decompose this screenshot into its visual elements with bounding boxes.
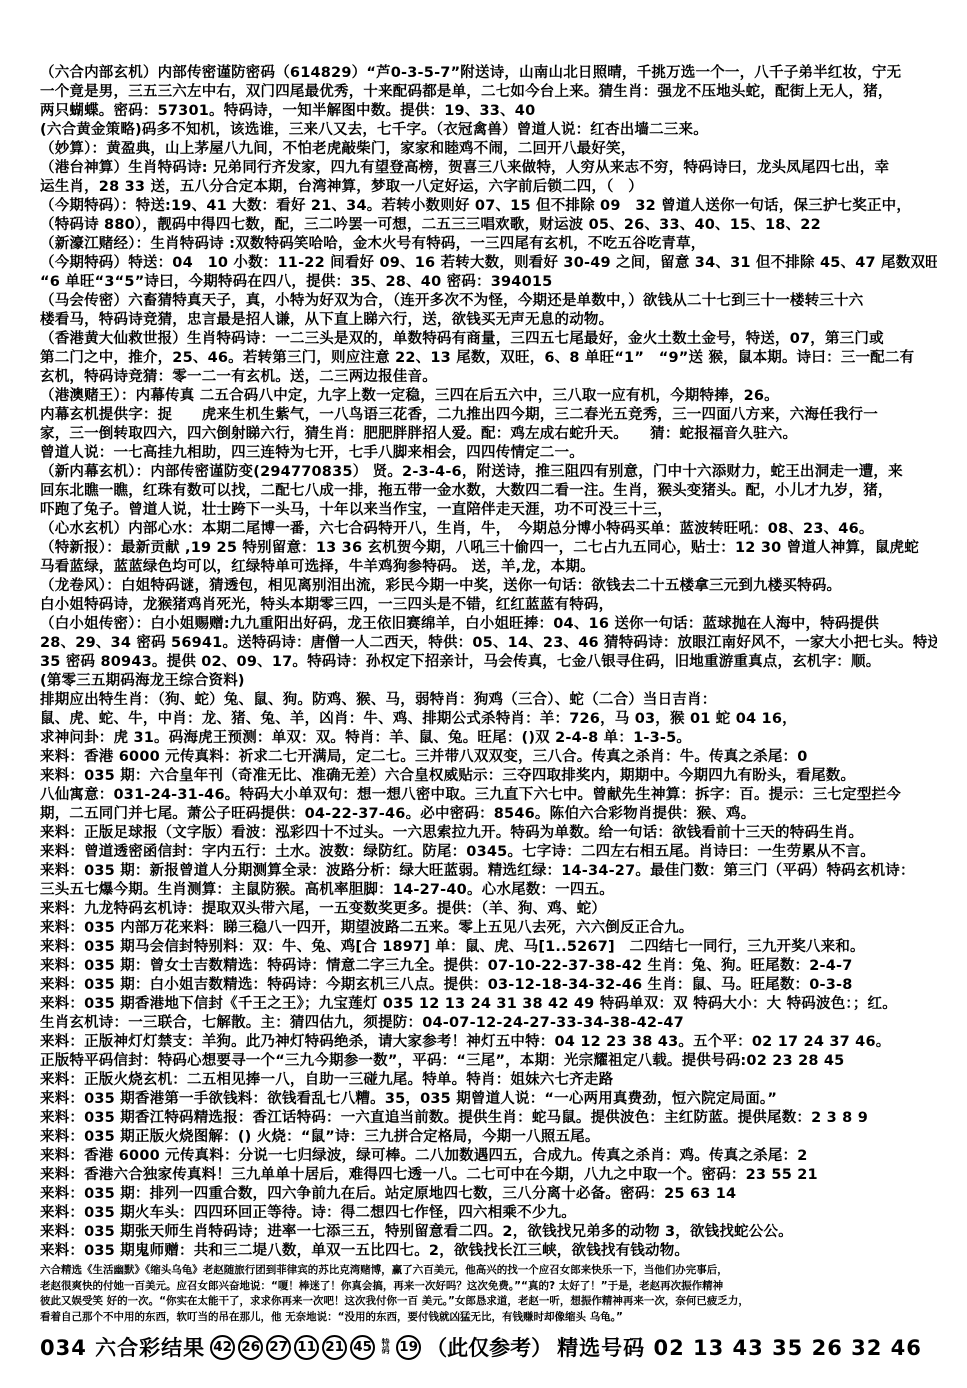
text-line: 来料：035 内部万花来料：睇三稳八一四开，期望波路二五来。零上五见八去死，六六… (40, 919, 937, 938)
text-line: 来料：035 期张天师生肖特码诗；进率一七添三五，特别留意看二四。2，欲钱找兄弟… (40, 1223, 937, 1242)
text-line: 第二门之中，推介，25、46。若转第三门，则应注意 22、13 尾数，双旺，6、… (40, 349, 937, 368)
text-line: 楼看马，特码诗竞猜，忠言最是招人谦，从下直上睇六行，送，欲钱买无声无息的动物。 (40, 311, 937, 330)
humor-section: 六合精选《生活幽默》《缩头乌龟》老赵随旅行团到菲律宾的苏比克湾赌博，赢了六百美元… (40, 1263, 937, 1325)
text-line: 来料：正版足球报（文字版）看波：泓彩四十不过头。一六思索拉九开。特码为单数。给一… (40, 824, 937, 843)
text-line: (第零三五期码海龙王综合资料) (40, 672, 937, 691)
text-line: 来料：035 期火车头：四四环回正等待。诗：得二想四七作怪，四六相乘不少九。 (40, 1204, 937, 1223)
result-balls: 422627112145 (210, 1335, 375, 1360)
text-line: 来料：香港 6000 元传真料：祈求二七开满局，定二七。三并带八双双变，三八合。… (40, 748, 937, 767)
text-line: （白小姐传密）：白小姐赐赠:九九重阳出好码，龙王依旧赛绵羊，白小姐旺捧：04、1… (40, 615, 937, 634)
result-ball: 42 (210, 1335, 235, 1360)
text-line: 八仙寓意：031-24-31-46。特码大小单双句：想一想八密中取。三九直下六七… (40, 786, 937, 805)
text-line: （今期特码）特送：04 10 小数：11-22 间看好 09、16 若转大数，则… (40, 254, 937, 273)
text-line: 内幕玄机提供字：捉 虎来生机生紫气，一八鸟语三花香，二九推出四今期，三二春光五竞… (40, 406, 937, 425)
text-line: 来料：035 期：曾女士吉数精选：特码诗：情意二字三九全。提供：07-10-22… (40, 957, 937, 976)
text-line: （新濠江赌经）：生肖特码诗 :双数特码笑哈哈，金木火号有特码，一三四尾有玄机，不… (40, 235, 937, 254)
text-line: 家，三一倒转取四六，四六倒射睇六行，猜生肖：肥肥胖胖招人爱。配：鸡左成右蛇升天。… (40, 425, 937, 444)
text-line: 运生肖，28 33 送，五八分合定本期，台湾神算，梦取一八定好运，六字前后锁二四… (40, 178, 937, 197)
humor-text-line: 彼此又娱受笑 好的一次。“你实在太能干了，求求你再来一次吧！这次我付你一百 美元… (40, 1294, 937, 1310)
text-line: 一个竟是男，三五三六左中右，双门四尾最优秀，十来配码都是单，二七如今台上来。猜生… (40, 83, 937, 102)
document-body: （六合内部玄机）内部传密谨防密码（614829）“芦0-3-5-7”附送诗，山南… (40, 64, 937, 1261)
text-line: 白小姐特码诗，龙猴猪鸡肖死光，特头本期零三四，一三四头是不错，红红蓝蓝有特码， (40, 596, 937, 615)
text-line: 排期应出特生肖：（狗、蛇）兔、鼠、狗。防鸡、猴、马，弱特肖：狗鸡（三合）、蛇（二… (40, 691, 937, 710)
text-line: 来料：曾道透密函信封：字内五行：土水。波数：绿防红。防尾：0345。七字诗：二四… (40, 843, 937, 862)
text-line: （龙卷风）：白姐特码谜，猜透包，相见离别泪出流，彩民今期一中奖，送你一句话：欲钱… (40, 577, 937, 596)
text-line: 来料：035 期：新报曾道人分期测算全录：波路分析：绿大旺蓝弱。精选红绿：14-… (40, 862, 937, 881)
humor-text-line: 看着自己那个不中用的东西，软叮当的吊在那儿，他 无奈地说：“没用的东西，要付钱就… (40, 1310, 937, 1326)
result-ball: 26 (238, 1335, 263, 1360)
text-line: 求神问卦：虎 31。码海虎王预测：单双：双。特肖：羊、鼠、兔。旺尾：()双 2-… (40, 729, 937, 748)
text-line: 吓跑了兔子。曾道人说，壮士跨下一头马，十年以来当作宝，一直陪伴走天涯，功不可没三… (40, 501, 937, 520)
text-line: 马看蓝绿，蓝蓝绿色均可以，红绿特单可选择，牛羊鸡狗参特码。 送，羊,龙，本期。 (40, 558, 937, 577)
text-line: 来料：香港六合独家传真料！三九单单十居后，难得四七透一八。二七可中在今期，八九之… (40, 1166, 937, 1185)
text-line: 来料：035 期正版火烧图解：() 火烧：“鼠”诗：三九拼合定格局，今期一八照五… (40, 1128, 937, 1147)
result-ball: 21 (322, 1335, 347, 1360)
result-ball: 11 (294, 1335, 319, 1360)
text-line: 来料：035 期马会信封特别料：双：牛、兔、鸡[合 1897] 单：鼠、虎、马[… (40, 938, 937, 957)
text-line: 两只蝴蝶。密码：57301。特码诗，一知半解图中数。提供：19、33、40 (40, 102, 937, 121)
reference-note: （此仅参考） (426, 1332, 552, 1362)
text-line: 来料：香港 6000 元传真料：分说一七归绿波，绿可棒。二八加数遇四五，合成九。… (40, 1147, 937, 1166)
text-line: （妙算）：黄盈典，山上茅屋八九间，不怕老虎敲柴门，家家和睦鸡不闹，二回开八最好笑… (40, 140, 937, 159)
text-line: （港澳赌王）：内幕传真 二五合码八中定，九字上数一定稳，三四在后五六中，三八取一… (40, 387, 937, 406)
text-line: （特新报）：最新贡献 ,19 25 特别留意：13 36 玄机贺今期，八吼三十偷… (40, 539, 937, 558)
text-line: 回东北瞧一瞧，红珠有数可以找，二配七八成一排，拖五带一金水数，大数四二看一注。生… (40, 482, 937, 501)
text-line: 来料：正版火烧玄机：二五相见捧一八，自助一三碰九尾。特单。特肖：姐妹六七齐走路 (40, 1071, 937, 1090)
text-line: “6 单旺“3“5”诗曰，今期特码在四八，提供：35、28、40 密码：3940… (40, 273, 937, 292)
text-line: 来料：035 期：白小姐吉数精选：特码诗：今期玄机三八点。提供：03-12-18… (40, 976, 937, 995)
text-line: 三头五七爆今期。生肖测算：主鼠防猴。高机率胆脚：14-27-40。心水尾数：一四… (40, 881, 937, 900)
text-line: 来料：正版神灯灯禁支：羊狗。此乃神灯特码绝杀，请大家参考！神灯五中特：04 12… (40, 1033, 937, 1052)
text-line: 来料：035 期香港地下信封《千王之王》；九宝莲灯 035 12 13 24 3… (40, 995, 937, 1014)
text-line: （港台神算）生肖特码诗: 兄弟同行齐发家，四九有望登高榜，贺喜三八来做特，人穷从… (40, 159, 937, 178)
text-line: 28、29、34 密码 56941。送特码诗：唐僧一人二西天，特供：05、14、… (40, 634, 937, 653)
text-line: 来料：035 期香港第一手欲钱料：欲钱看乱七八糟。35，035 期曾道人说：“一… (40, 1090, 937, 1109)
text-line: （马会传密）六畜猜特真天子，真，小特为好双为合，（连开多次不为怪，今期还是单数中… (40, 292, 937, 311)
result-ball: 45 (350, 1335, 375, 1360)
results-label: 034 六合彩结果 (40, 1332, 205, 1362)
text-line: 35 密码 80943。提供 02、09、17。特码诗：孙权定下招亲计，马会传真… (40, 653, 937, 672)
text-line: （香港黄大仙救世报）生肖特码诗：一二三头是双的，单数特码有商量，三四五七尾最好，… (40, 330, 937, 349)
humor-text-line: 六合精选《生活幽默》《缩头乌龟》老赵随旅行团到菲律宾的苏比克湾赌博，赢了六百美元… (40, 1263, 937, 1279)
text-line: （六合内部玄机）内部传密谨防密码（614829）“芦0-3-5-7”附送诗，山南… (40, 64, 937, 83)
special-number-ball: 19 (396, 1335, 421, 1360)
text-line: （心水玄机）内部心水：本期二尾博一番，六七合码特开八，生肖，牛， 今期总分博小特… (40, 520, 937, 539)
lottery-results-footer: 034 六合彩结果 422627112145 特码 19 （此仅参考） 精选号码… (40, 1332, 937, 1362)
text-line: 鼠、虎、蛇、牛，中肖：龙、猪、兔、羊，凶肖：牛、鸡、排期公式杀特肖：羊：726，… (40, 710, 937, 729)
text-line: (六合黄金策略)码多不知机，该选谁，三来八又去，七千字。（衣冠禽兽）曾道人说：红… (40, 121, 937, 140)
text-line: 来料：035 期鬼师赠：共和三二堤八数，单双一五比四七。2，欲钱找长江三峡，欲钱… (40, 1242, 937, 1261)
text-line: 生肖玄机诗：一三联合，七解散。主：猜四估九，须提防：04-07-12-24-27… (40, 1014, 937, 1033)
lottery-tipsheet-page: （六合内部玄机）内部传密谨防密码（614829）“芦0-3-5-7”附送诗，山南… (0, 0, 967, 1362)
text-line: 来料：035 期香江特码精选报：香江话特码：一六直追当前数。提供生肖：蛇马鼠。提… (40, 1109, 937, 1128)
result-ball: 27 (266, 1335, 291, 1360)
text-line: （特码诗 880），靓码中得四七数，配，三二吟罢一可想，二五三三唱欢歌，财运波 … (40, 216, 937, 235)
selected-numbers: 精选号码 02 13 43 35 26 32 46 (557, 1332, 922, 1362)
text-line: 正版特平码信封：特码心想要寻一个“三九今期参一数”，平码：“三尾”，本期：光宗耀… (40, 1052, 937, 1071)
text-line: （新内幕玄机）：内部传密谨防变(294770835） 贤。2-3-4-6，附送诗… (40, 463, 937, 482)
text-line: 来料：九龙特码玄机诗：提取双头带六尾，一五变数奖更多。提供：（羊、狗、鸡、蛇） (40, 900, 937, 919)
text-line: 玄机，特码诗竞猜：零一二一有玄机。送，二三两边报佳音。 (40, 368, 937, 387)
text-line: 期，二五同门并七尾。萧公子旺码提供：04-22-37-46。必中密码：8546。… (40, 805, 937, 824)
text-line: 曾道人说：一七高挂九相助，四三连特为七开，七手八脚来相会，四四传情定二一。 (40, 444, 937, 463)
text-line: 来料：035 期：六合皇年刊（奇准无比、准确无差）六合皇权威贴示：三夺四取排奖内… (40, 767, 937, 786)
text-line: （今期特码）：特送:19、41 大数：看好 21、34。若转小数则好 07、15… (40, 197, 937, 216)
text-line: 来料：035 期：排列一四重合数，四六争前九在后。站定原地四七数，三八分离十必备… (40, 1185, 937, 1204)
special-number-label: 特码 (380, 1339, 391, 1356)
humor-text-line: 老赵很爽快的付她一百美元。应召女郎兴奋地说：“嗄！棒迷了！你真会搞，再来一次好吗… (40, 1279, 937, 1295)
